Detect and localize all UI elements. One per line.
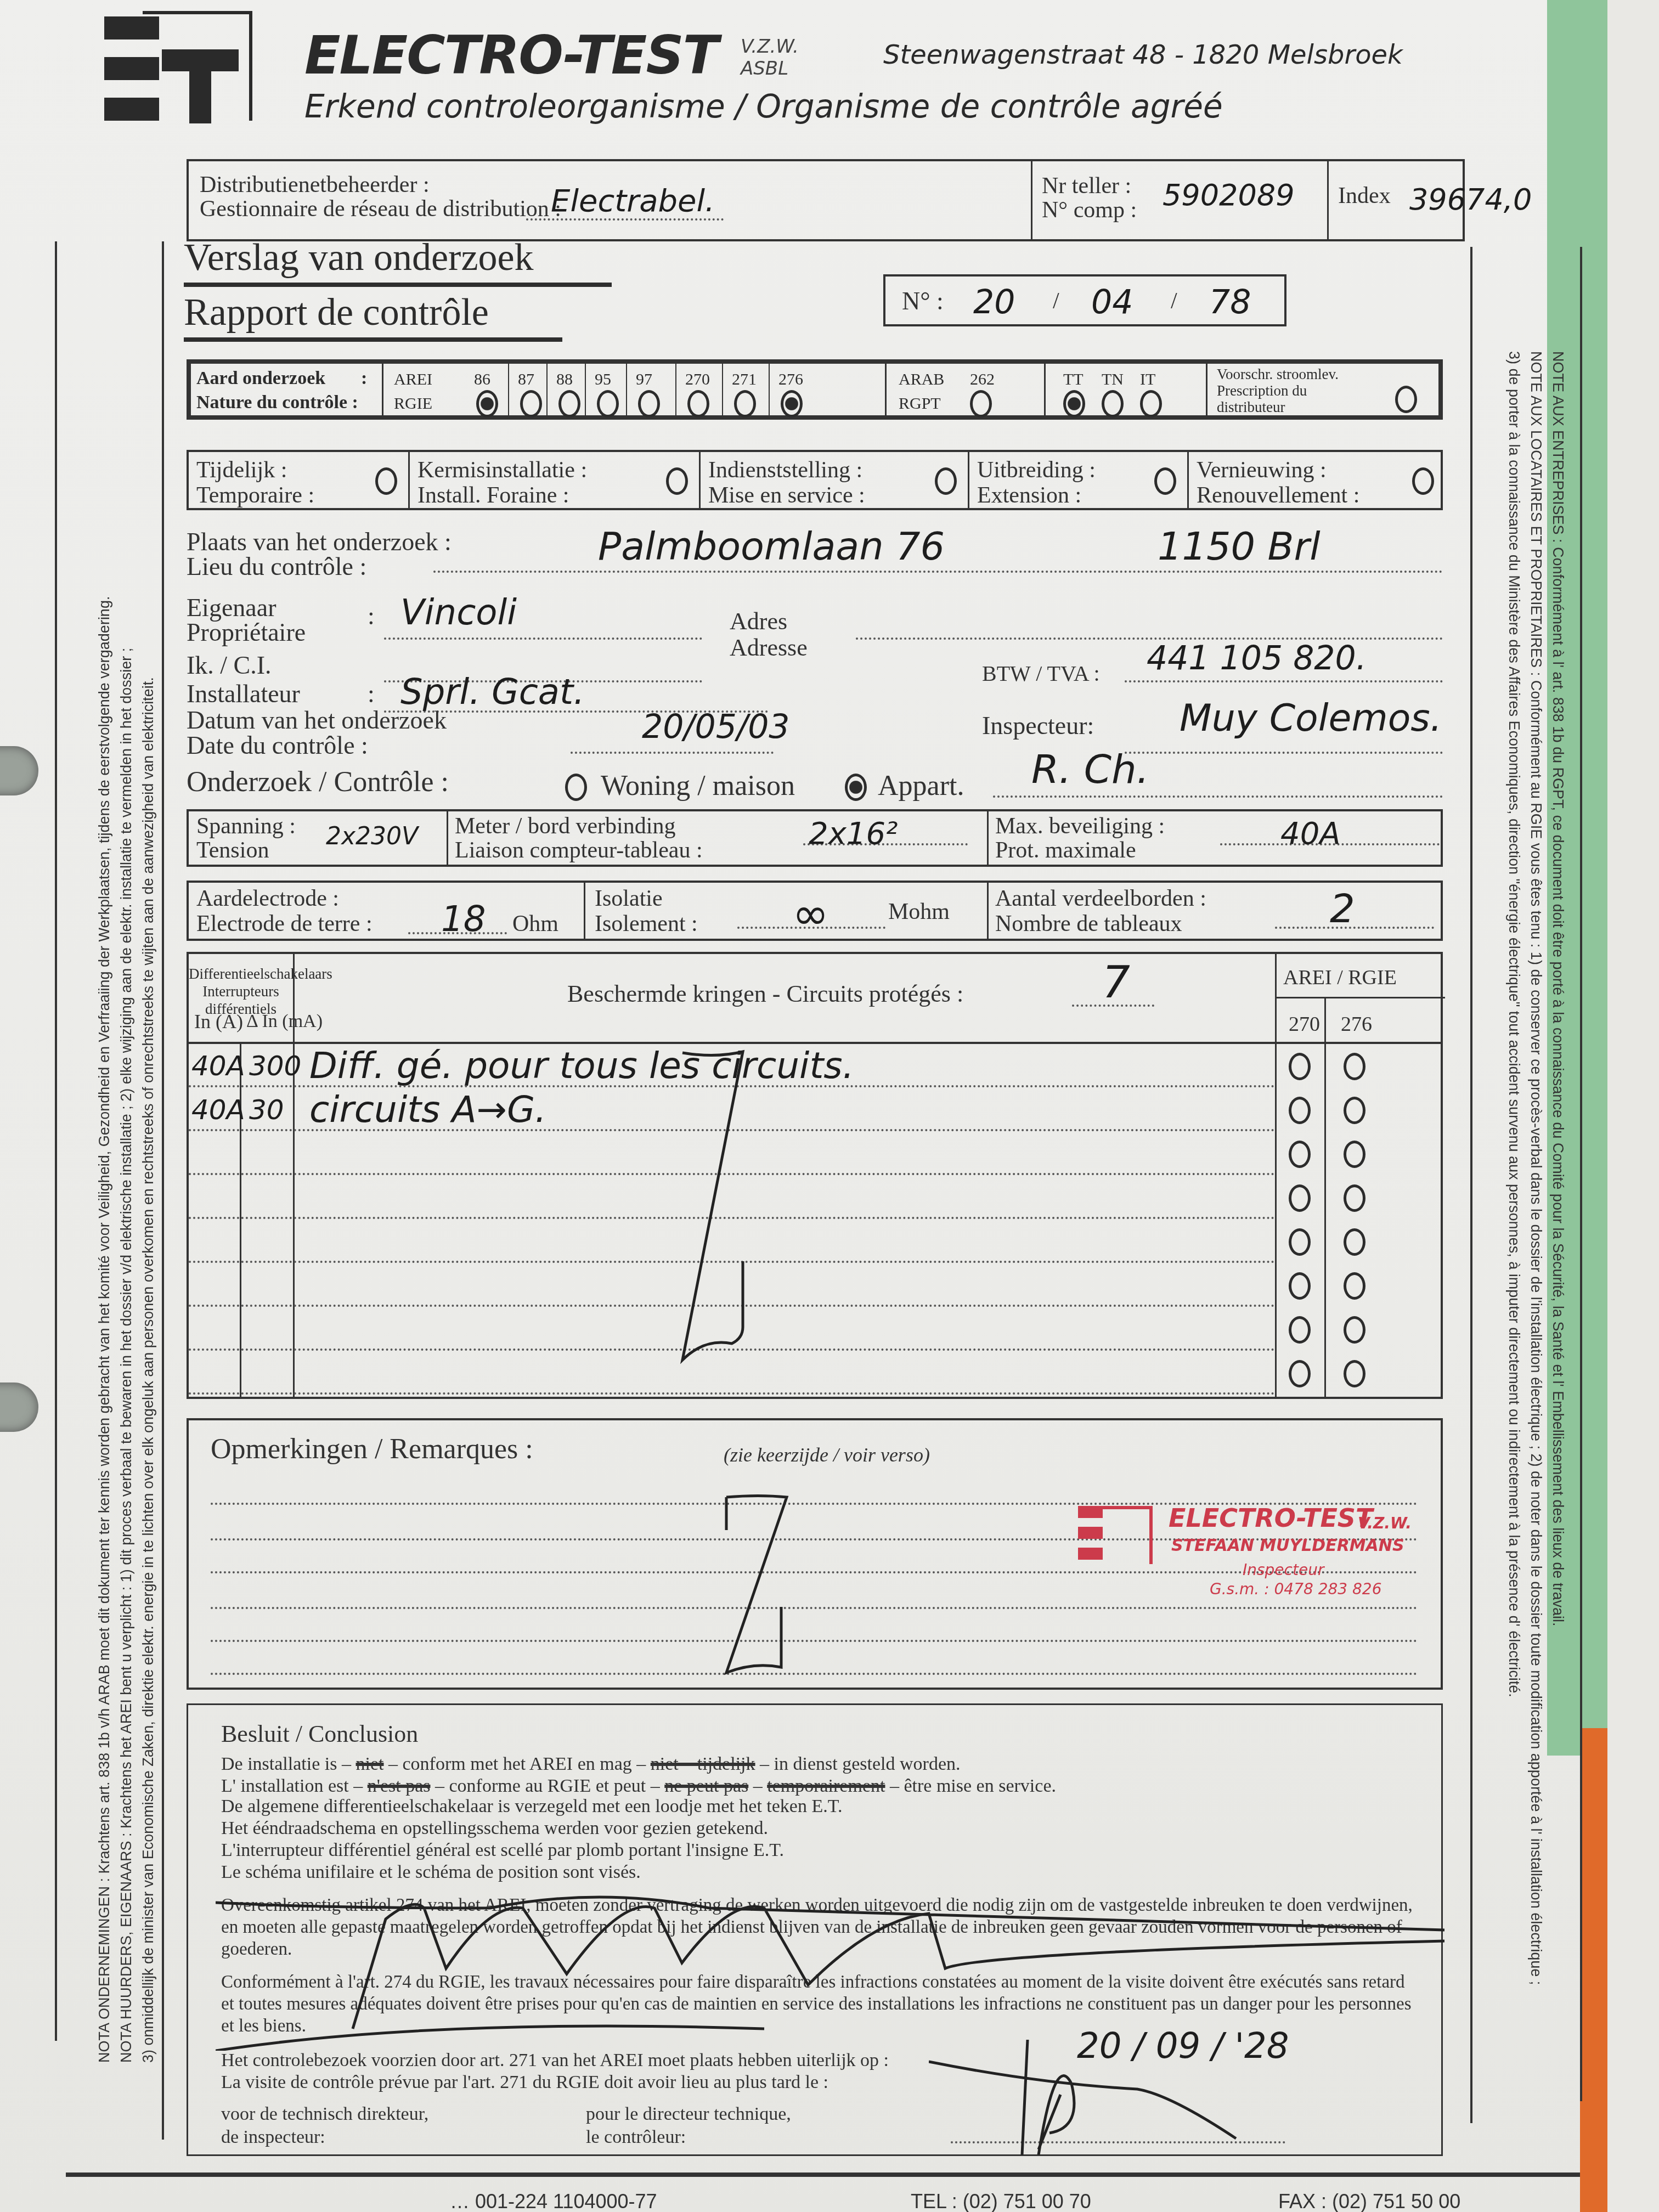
arei-rgie-header: AREI / RGIE [1283, 965, 1397, 990]
earth-unit: Ohm [512, 911, 558, 936]
article-code: 88 [556, 370, 573, 389]
inspector-label: Inspecteur: [982, 713, 1094, 738]
remarks-note: (zie keerzijde / voir verso) [724, 1442, 930, 1468]
date-label-nl: Datum van het onderzoek [187, 708, 447, 733]
network-code: IT [1140, 370, 1155, 389]
prescription-label: Voorschr. stroomlev. Prescription du dis… [1217, 366, 1339, 415]
report-number-part-2[interactable]: 04 [1091, 283, 1133, 321]
circuit-270-checkbox[interactable] [1289, 1097, 1311, 1124]
report-number-part-3[interactable]: 78 [1209, 283, 1251, 321]
rgie-label: RGIE [394, 394, 432, 413]
circuit-delta[interactable]: 30 [249, 1094, 284, 1126]
circuit-276-checkbox[interactable] [1344, 1272, 1365, 1300]
meter-link-label-fr: Liaison compteur-tableau : [455, 838, 703, 863]
distributor-label-nl: Distributienetbeheerder : [200, 172, 430, 198]
circuit-276-checkbox[interactable] [1344, 1141, 1365, 1168]
install-type-checkbox[interactable] [375, 467, 397, 495]
apartment-label: Appart. [878, 774, 964, 799]
place-label-fr: Lieu du contrôle : [187, 554, 366, 579]
remarks-label: Opmerkingen / Remarques : [211, 1437, 533, 1462]
report-number-box: N° : 20 / 04 / 78 [883, 274, 1286, 326]
max-protection-value[interactable]: 40A [1280, 816, 1341, 851]
article-86-checkbox[interactable] [476, 390, 498, 417]
circuit-276-checkbox[interactable] [1344, 1184, 1365, 1212]
network-tt-checkbox[interactable] [1063, 390, 1085, 417]
address-label-fr: Adresse [730, 635, 808, 661]
right-side-notes: NOTE AUX ENTREPRISES : Conformément à l'… [1503, 351, 1569, 1985]
apartment-radio[interactable] [845, 774, 867, 801]
circuit-276-checkbox[interactable] [1344, 1360, 1365, 1387]
voltage-value[interactable]: 2x230V [326, 822, 418, 850]
article-95-checkbox[interactable] [597, 390, 619, 417]
install-type-0: Tijdelijk :Temporaire : [189, 452, 408, 508]
install-type-checkbox[interactable] [935, 467, 957, 495]
article-code: 97 [636, 370, 652, 389]
earth-label-fr: Electrode de terre : [196, 911, 373, 936]
circuit-276-checkbox[interactable] [1344, 1053, 1365, 1080]
article-code: 270 [685, 370, 710, 389]
circuits-table: DifferentieelschakelaarsInterrupteurs di… [187, 952, 1443, 1399]
circuit-270-checkbox[interactable] [1289, 1272, 1311, 1300]
brand-name: ELECTRO-TEST [304, 25, 718, 86]
article-271-checkbox[interactable] [734, 390, 756, 417]
install-type-4: Vernieuwing :Renouvellement : [1187, 452, 1445, 508]
colon: : [368, 681, 375, 707]
vat-label: BTW / TVA : [982, 661, 1100, 686]
install-type-checkbox[interactable] [666, 467, 688, 495]
circuit-270-checkbox[interactable] [1289, 1228, 1311, 1256]
circuit-270-checkbox[interactable] [1289, 1184, 1311, 1212]
conclusion-seal-text: De algemene differentieelschakelaar is v… [221, 1796, 842, 1883]
binder-hole [0, 746, 38, 795]
protected-circuits-label: Beschermde kringen - Circuits protégés : [567, 981, 963, 1007]
col-276-header: 276 [1341, 1012, 1372, 1037]
vat-value[interactable]: 441 105 820. [1147, 639, 1367, 678]
circuit-in[interactable]: 40A [191, 1050, 245, 1082]
house-radio[interactable] [565, 774, 587, 801]
circuit-270-checkbox[interactable] [1289, 1053, 1311, 1080]
network-code: TT [1063, 370, 1084, 389]
place-value-city[interactable]: 1150 Brl [1158, 524, 1321, 569]
installation-type-row: Tijdelijk :Temporaire :Kermisinstallatie… [187, 450, 1443, 510]
owner-label-nl: Eigenaar [187, 595, 276, 620]
report-number-label: N° : [902, 289, 944, 314]
earth-value[interactable]: 18 [441, 899, 486, 940]
left-side-notes: NOTA ONDERNEMINGEN : Krachtens art. 838 … [93, 596, 159, 2063]
distributor-value[interactable]: Electrabel. [551, 183, 715, 219]
boards-value[interactable]: 2 [1330, 885, 1355, 932]
install-type-3: Uitbreiding :Extension : [968, 452, 1187, 508]
report-title-nl: Verslag van onderzoek [184, 236, 534, 280]
index-label: Index [1338, 183, 1391, 208]
owner-value[interactable]: Vincoli [400, 592, 517, 633]
circuit-270-checkbox[interactable] [1289, 1141, 1311, 1168]
report-number-part-1[interactable]: 20 [973, 283, 1015, 321]
meter-number[interactable]: 5902089 [1163, 178, 1295, 212]
title-underline [184, 283, 612, 287]
boards-label-nl: Aantal verdeelborden : [995, 886, 1206, 911]
article-code: 271 [732, 370, 757, 389]
date-value[interactable]: 20/05/03 [642, 708, 789, 746]
date-label-fr: Date du contrôle : [187, 733, 368, 758]
voltage-label-fr: Tension [196, 838, 269, 863]
network-tn-checkbox[interactable] [1102, 390, 1124, 417]
meter-label-fr: N° comp : [1042, 198, 1137, 223]
col-270-header: 270 [1289, 1012, 1320, 1037]
distributor-section: Distributienetbeheerder : Gestionnaire d… [187, 159, 1465, 241]
rgpt-label: RGPT [899, 394, 941, 413]
footer-phone: TEL : (02) 751 00 70 [911, 2189, 1091, 2212]
strike-z-mark [672, 1042, 836, 1382]
next-visit-fr: La visite de contrôle prévue par l'art. … [221, 2070, 828, 2095]
installer-label: Installateur [187, 681, 300, 707]
binder-hole [0, 1383, 38, 1432]
earth-label-nl: Aardelectrode : [196, 886, 339, 911]
meter-link-label-nl: Meter / bord verbinding [455, 814, 675, 839]
right-outer-line [1580, 247, 1582, 2101]
owner-label-fr: Propriétaire [187, 620, 306, 645]
circuit-276-checkbox[interactable] [1344, 1316, 1365, 1344]
insulation-label-fr: Isolement : [595, 911, 698, 936]
voltage-label-nl: Spanning : [196, 814, 296, 839]
circuit-270-checkbox[interactable] [1289, 1360, 1311, 1387]
article-87-checkbox[interactable] [520, 390, 542, 417]
install-type-2: Indienststelling :Mise en service : [699, 452, 968, 508]
col-in-header: In (A) [194, 1009, 243, 1034]
article-code: 276 [778, 370, 803, 389]
article-code: 87 [518, 370, 534, 389]
insulation-label-nl: Isolatie [595, 886, 663, 911]
right-border-line [1470, 247, 1472, 2123]
article-276-checkbox[interactable] [781, 390, 803, 417]
arab-262-checkbox[interactable] [970, 390, 992, 417]
circuit-276-checkbox[interactable] [1344, 1228, 1365, 1256]
colon: : [361, 368, 367, 389]
max-protection-label-fr: Prot. maximale [995, 838, 1136, 863]
left-outer-line [55, 241, 57, 2041]
nature-of-control-table: Aard onderzoek : Nature du contrôle : AR… [187, 359, 1443, 420]
arab-label: ARAB [899, 370, 944, 389]
distributor-label-fr: Gestionnaire de réseau de distribution : [200, 196, 561, 222]
article-code: 95 [595, 370, 611, 389]
tagline: Erkend controleorganisme / Organisme de … [304, 88, 1223, 125]
earth-section: Aardelectrode : Electrode de terre : 18 … [187, 881, 1443, 941]
voltage-section: Spanning : Tension 2x230V Meter / bord v… [187, 809, 1443, 867]
place-label-nl: Plaats van het onderzoek : [187, 529, 452, 555]
house-label: Woning / maison [601, 774, 795, 799]
arab-code: 262 [970, 370, 995, 389]
protected-circuits-count[interactable]: 7 [1102, 957, 1130, 1008]
col-delta-header: Δ In (mA) [246, 1009, 323, 1034]
circuit-delta[interactable]: 300 [249, 1050, 301, 1082]
ci-label: Ik. / C.I. [187, 653, 272, 678]
meter-link-value[interactable]: 2x16² [809, 816, 898, 851]
boards-label-fr: Nombre de tableaux [995, 911, 1182, 936]
control-extra[interactable]: R. Ch. [1031, 746, 1149, 792]
prescription-checkbox[interactable] [1395, 386, 1417, 413]
article-270-checkbox[interactable] [687, 390, 709, 417]
max-protection-label-nl: Max. beveiliging : [995, 814, 1165, 839]
article-97-checkbox[interactable] [638, 390, 660, 417]
circuit-270-checkbox[interactable] [1289, 1316, 1311, 1344]
install-type-checkbox[interactable] [1412, 467, 1434, 495]
circuit-in[interactable]: 40A [191, 1094, 245, 1126]
place-value[interactable]: Palmboomlaan 76 [598, 524, 945, 569]
handwritten-signature [929, 2018, 1258, 2160]
inspector-value[interactable]: Muy Colemos. [1180, 697, 1442, 740]
article-88-checkbox[interactable] [558, 390, 580, 417]
orange-tab-edge [1580, 1728, 1607, 2212]
article-code: 86 [474, 370, 490, 389]
circuit-description[interactable]: circuits A→G. [309, 1088, 546, 1131]
footer-bank: … 001-224 1104000-77 [450, 2189, 657, 2212]
control-type-label: Onderzoek / Contrôle : [187, 770, 449, 795]
conclusion-title: Besluit / Conclusion [221, 1722, 418, 1747]
slash: / [1053, 289, 1059, 314]
report-title-fr: Rapport de contrôle [184, 291, 489, 335]
install-type-1: Kermisinstallatie :Install. Foraine : [408, 452, 699, 508]
conclusion-section: Besluit / Conclusion De installatie is –… [187, 1703, 1443, 2156]
address-label-nl: Adres [730, 609, 787, 634]
install-type-checkbox[interactable] [1154, 467, 1176, 495]
insulation-unit: Mohm [888, 899, 950, 924]
index-value[interactable]: 39674,0 [1409, 182, 1532, 217]
legal-form: V.Z.W.ASBL [741, 36, 799, 80]
insulation-value[interactable]: ∞ [792, 888, 829, 939]
slash: / [1171, 289, 1177, 314]
nature-label-fr: Nature du contrôle : [196, 392, 358, 413]
strike-z-mark [715, 1486, 858, 1684]
network-it-checkbox[interactable] [1140, 390, 1162, 417]
left-border-line [162, 241, 164, 2140]
colon: : [368, 603, 375, 629]
arei-label: AREI [394, 370, 432, 389]
et-logo-icon [104, 11, 258, 126]
inspection-report-page: ELECTRO-TEST V.Z.W.ASBL Steenwagenstraat… [0, 0, 1607, 2212]
meter-label-nl: Nr teller : [1042, 173, 1131, 199]
signature-label-fr: pour le directeur technique,le contrôleu… [586, 2103, 791, 2149]
circuit-276-checkbox[interactable] [1344, 1097, 1365, 1124]
footer-rule [66, 2172, 1580, 2177]
title-underline [184, 337, 562, 342]
footer-fax: FAX : (02) 751 50 00 [1278, 2189, 1460, 2212]
signature-label-nl: voor de technisch direkteur,de inspecteu… [221, 2103, 428, 2149]
network-code: TN [1102, 370, 1124, 389]
nature-label-nl: Aard onderzoek [196, 368, 325, 389]
company-address: Steenwagenstraat 48 - 1820 Melsbroek [883, 39, 1403, 70]
